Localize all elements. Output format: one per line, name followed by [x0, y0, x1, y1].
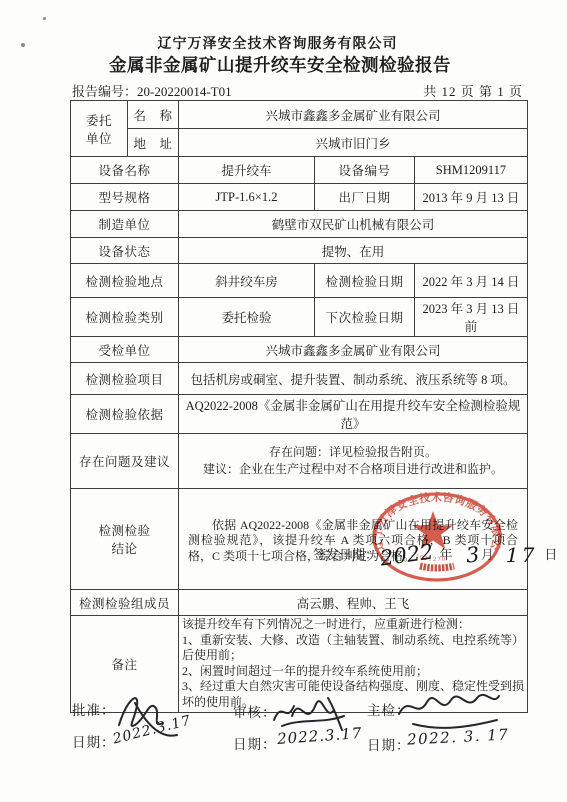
- report-number-line: 报告编号：20-20220014-T01 共 12 页 第 1 页: [70, 81, 527, 99]
- problems-line1: 存在问题：详见检验报告附页。: [182, 444, 524, 461]
- issue-date-label: 签发日期：: [313, 545, 378, 565]
- review-signature: [268, 688, 350, 738]
- report-table: 委托 单位 名 称 兴城市鑫鑫多金属矿业有限公司 地 址 兴城市旧门乡 设备名称…: [70, 100, 528, 713]
- basis-value: AQ2022-2008《金属非金属矿山在用提升绞车安全检测检验规范》: [179, 395, 528, 434]
- issue-month-unit: 月: [481, 545, 494, 565]
- status-value: 提物、在用: [179, 238, 528, 264]
- status-label: 设备状态: [71, 238, 179, 264]
- problems-label: 存在问题及建议: [71, 434, 179, 489]
- approve-signature: [105, 685, 190, 747]
- client-unit-label: 委托 单位: [71, 101, 128, 157]
- chief-signature: [393, 680, 505, 735]
- items-value: 包括机房或硐室、提升装置、制动系统、液压系统等 8 项。: [179, 363, 528, 395]
- items-label: 检测检验项目: [71, 363, 179, 395]
- model-label: 型号规格: [71, 184, 179, 211]
- inspected-unit-value: 兴城市鑫鑫多金属矿业有限公司: [179, 337, 528, 363]
- equipment-no-value: SHM1209117: [415, 157, 528, 184]
- next-date-value: 2023 年 3 月 13 日前: [415, 298, 528, 337]
- seal-bottom-band: [420, 566, 454, 568]
- scan-speck: [43, 17, 46, 20]
- conclusion-label: 检测检验 结论: [71, 489, 179, 590]
- team-value: 高云鹏、程帅、王飞: [179, 590, 528, 616]
- client-name-label: 名 称: [128, 101, 179, 129]
- mfg-date-label: 出厂日期: [315, 184, 415, 211]
- equipment-name-value: 提升绞车: [179, 157, 315, 184]
- pagination: 共 12 页 第 1 页: [423, 81, 527, 99]
- problems-line2: 建议：企业在生产过程中对不合格项目进行改进和监护。: [182, 461, 524, 478]
- issue-month-handwritten: 3: [465, 544, 480, 565]
- next-date-label: 下次检验日期: [315, 298, 415, 337]
- inspection-date-label: 检测检验日期: [315, 264, 415, 298]
- client-name-value: 兴城市鑫鑫多金属矿业有限公司: [179, 101, 528, 129]
- problems-value: 存在问题：详见检验报告附页。 建议：企业在生产过程中对不合格项目进行改进和监护。: [179, 434, 528, 489]
- inspected-unit-label: 受检单位: [71, 337, 179, 363]
- equipment-no-label: 设备编号: [315, 157, 415, 184]
- mfg-date-value: 2013 年 9 月 13 日: [415, 184, 528, 211]
- category-label: 检测检验类别: [71, 298, 179, 337]
- report-title: 金属非金属矿山提升绞车安全检测检验报告: [0, 52, 560, 77]
- category-value: 委托检验: [179, 298, 315, 337]
- issue-year-handwritten: 2022: [379, 541, 435, 568]
- team-label: 检测检验组成员: [71, 590, 179, 616]
- issue-day-unit: 日: [544, 545, 557, 565]
- model-value: JTP-1.6×1.2: [179, 184, 315, 211]
- chief-date-label: 日期：: [367, 734, 411, 754]
- issue-day-handwritten: 17: [506, 545, 537, 565]
- issue-year-unit: 年: [439, 545, 452, 565]
- client-address-label: 地 址: [128, 129, 179, 157]
- remarks-line: 该提升绞车有下列情况之一时进行，应重新进行检测：: [182, 617, 524, 633]
- equipment-name-label: 设备名称: [71, 157, 179, 184]
- basis-label: 检测检验依据: [71, 395, 179, 434]
- client-address-value: 兴城市旧门乡: [179, 129, 528, 157]
- remarks-line: 1、重新安装、大修、改造（主轴装置、制动系统、电控系统等）后使用前；: [182, 633, 524, 664]
- location-value: 斜井绞车房: [179, 264, 315, 298]
- maker-label: 制造单位: [71, 211, 179, 238]
- report-page: 辽宁万泽安全技术咨询服务有限公司 金属非金属矿山提升绞车安全检测检验报告 报告编…: [0, 0, 567, 802]
- company-name: 辽宁万泽安全技术咨询服务有限公司: [0, 33, 555, 53]
- report-number: 报告编号：20-20220014-T01: [70, 81, 232, 99]
- company-seal: 辽宁万泽安全技术咨询服务有限公司 21021270: [367, 487, 507, 587]
- remarks-line: 2、闲置时间超过一年的提升绞车系统使用前；: [182, 664, 524, 680]
- issue-date-line: 签发日期： 2022 年 3 月 17 日: [313, 541, 557, 565]
- maker-value: 鹤壁市双民矿山机械有限公司: [179, 211, 528, 238]
- location-label: 检测检验地点: [71, 264, 179, 298]
- inspection-date-value: 2022 年 3 月 14 日: [415, 264, 528, 298]
